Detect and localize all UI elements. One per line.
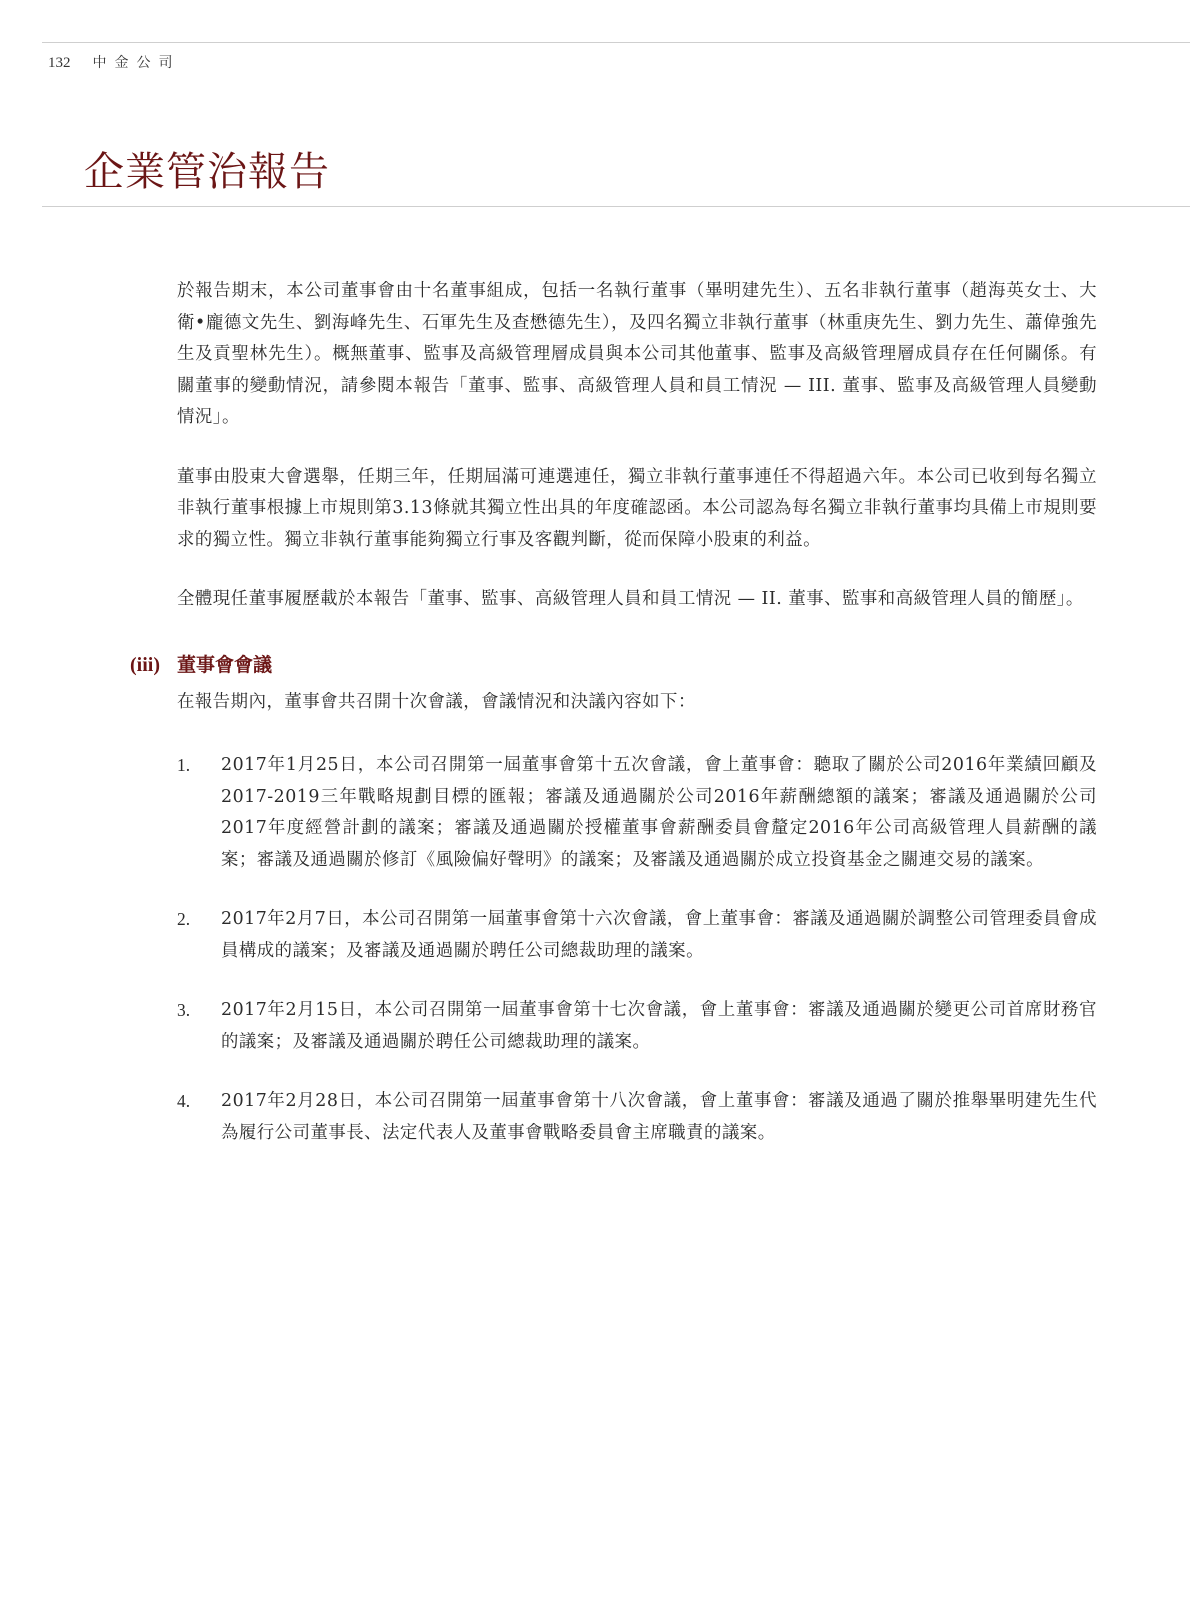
list-item-number: 2.	[177, 904, 221, 967]
list-item-text: 2017年2月15日，本公司召開第一屆董事會第十七次會議，會上董事會：審議及通過…	[221, 995, 1097, 1058]
list-item-number: 1.	[177, 750, 221, 876]
list-item: 3. 2017年2月15日，本公司召開第一屆董事會第十七次會議，會上董事會：審議…	[177, 995, 1097, 1058]
list-item: 4. 2017年2月28日，本公司召開第一屆董事會第十八次會議，會上董事會：審議…	[177, 1086, 1097, 1149]
company-name: 中金公司	[93, 52, 181, 72]
top-divider	[42, 42, 1190, 43]
section-heading: (iii) 董事會會議	[130, 650, 1050, 677]
meeting-list: 1. 2017年1月25日，本公司召開第一屆董事會第十五次會議，會上董事會：聽取…	[177, 750, 1097, 1149]
section-title: 董事會會議	[177, 650, 272, 677]
list-item-number: 4.	[177, 1086, 221, 1149]
section-number: (iii)	[130, 654, 177, 677]
list-item-text: 2017年2月7日，本公司召開第一屆董事會第十六次會議，會上董事會：審議及通過關…	[221, 904, 1097, 967]
paragraph-director-biographies: 全體現任董事履歷載於本報告「董事、監事、高級管理人員和員工情況 — II. 董事…	[177, 584, 1097, 616]
section-intro: 在報告期內，董事會共召開十次會議，會議情況和決議內容如下：	[177, 687, 1097, 719]
paragraph-director-election: 董事由股東大會選舉，任期三年，任期屆滿可連選連任，獨立非執行董事連任不得超過六年…	[177, 462, 1097, 557]
page-title: 企業管治報告	[84, 140, 330, 197]
list-item-number: 3.	[177, 995, 221, 1058]
document-body: 於報告期末，本公司董事會由十名董事組成，包括一名執行董事（畢明建先生）、五名非執…	[177, 276, 1097, 1177]
list-item: 1. 2017年1月25日，本公司召開第一屆董事會第十五次會議，會上董事會：聽取…	[177, 750, 1097, 876]
running-header: 132 中金公司	[48, 52, 181, 72]
list-item: 2. 2017年2月7日，本公司召開第一屆董事會第十六次會議，會上董事會：審議及…	[177, 904, 1097, 967]
list-item-text: 2017年2月28日，本公司召開第一屆董事會第十八次會議，會上董事會：審議及通過…	[221, 1086, 1097, 1149]
title-divider	[42, 206, 1190, 207]
list-item-text: 2017年1月25日，本公司召開第一屆董事會第十五次會議，會上董事會：聽取了關於…	[221, 750, 1097, 876]
page-number: 132	[48, 55, 71, 72]
paragraph-board-composition: 於報告期末，本公司董事會由十名董事組成，包括一名執行董事（畢明建先生）、五名非執…	[177, 276, 1097, 434]
